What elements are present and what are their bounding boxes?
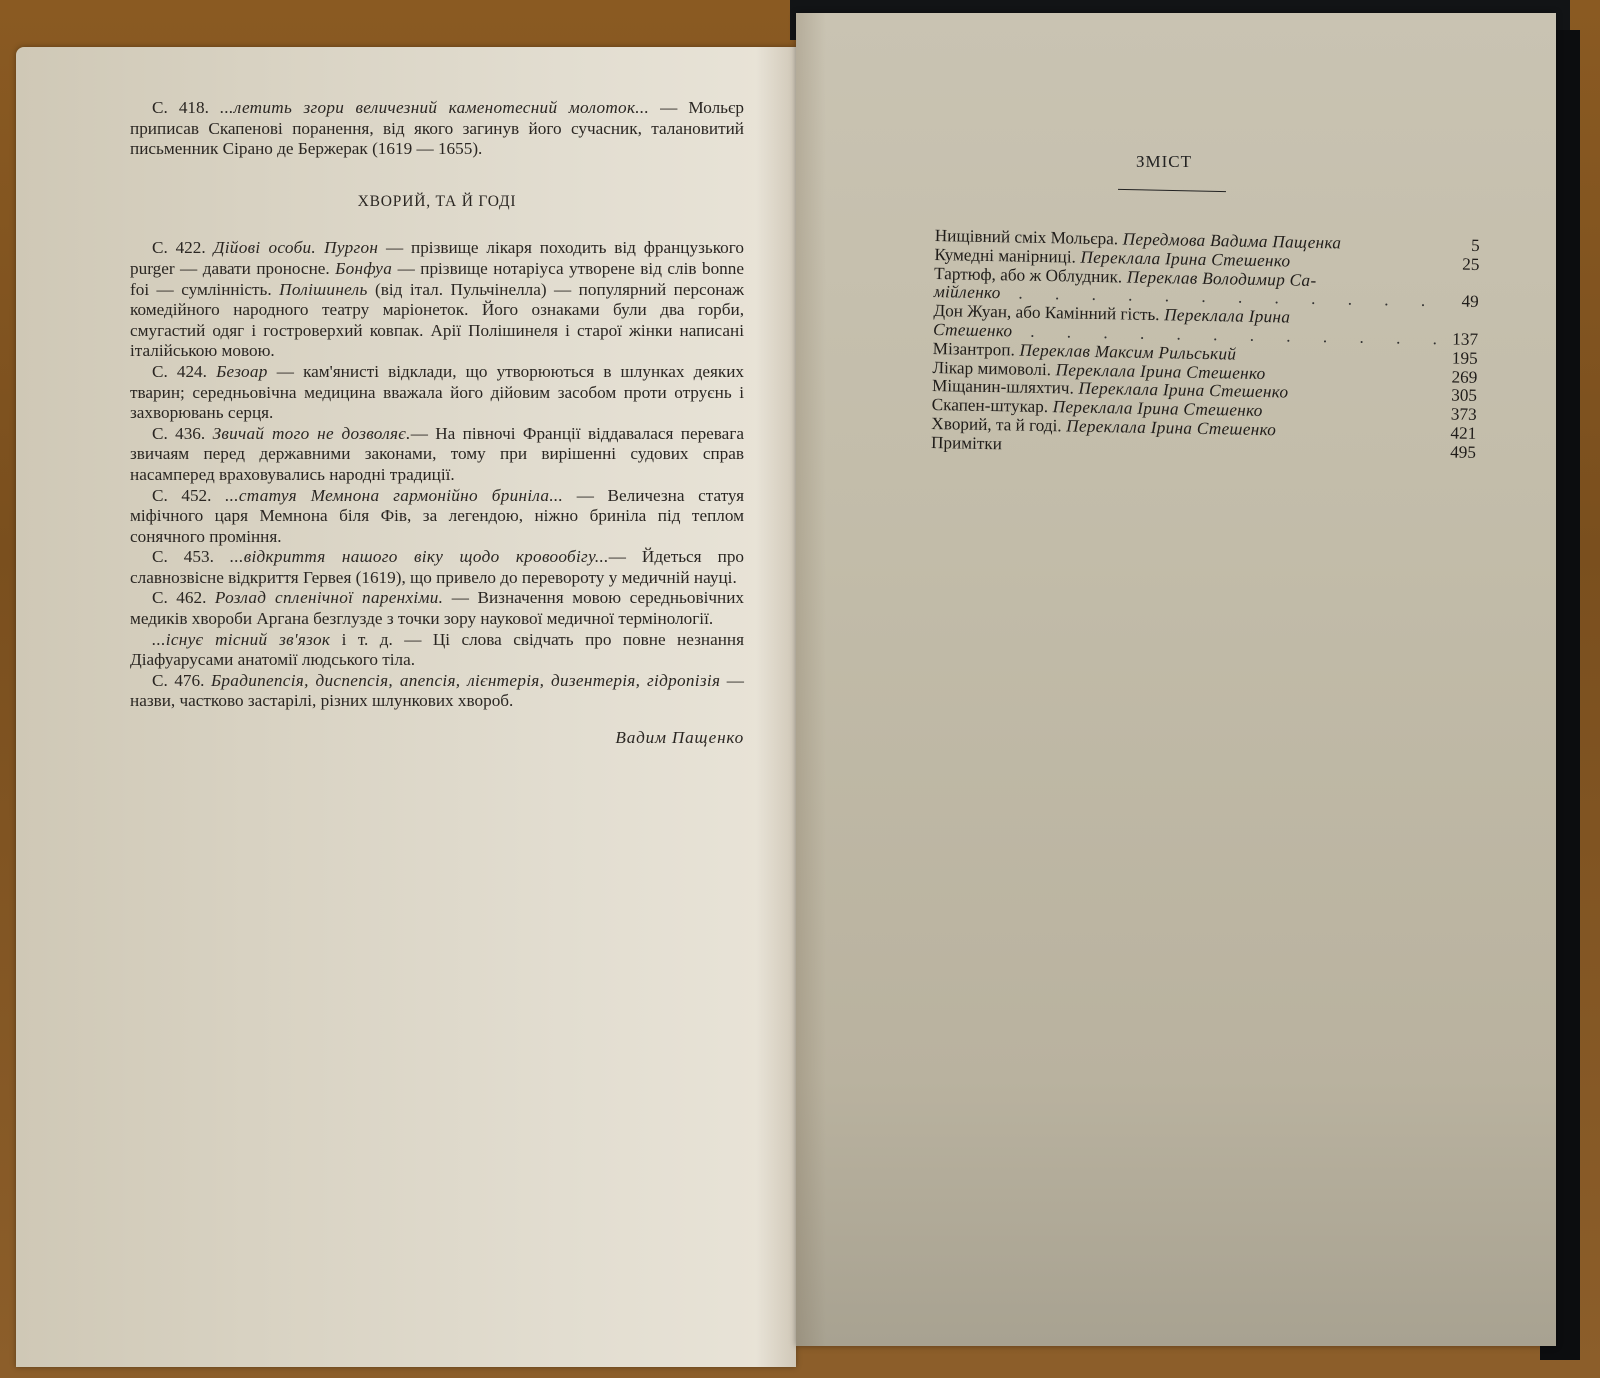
toc-entry-title: Скапен-штукар. (932, 395, 1049, 416)
section-title: ХВОРИЙ, ТА Й ГОДІ (130, 192, 744, 213)
note-ref: С. 422. (152, 238, 213, 257)
toc-page-number: 137 (1452, 330, 1478, 349)
notes-list: С. 422. Дійові особи. Пургон — прізвище … (130, 238, 744, 712)
note-ref: С. 476. (152, 671, 211, 690)
note-term: Брадипепсія, диспепсія, апепсія, лієнтер… (211, 671, 720, 690)
toc-page-number: 421 (1450, 424, 1476, 443)
right-page (796, 13, 1556, 1346)
toc-page-number: 5 (1471, 237, 1480, 256)
note-term: Полішинель (279, 280, 367, 299)
note-item: С. 422. Дійові особи. Пургон — прізвище … (130, 238, 744, 362)
note-item: С. 452. ...статуя Мемнона гармонійно бри… (130, 486, 744, 548)
note-ref: С. 436. (152, 424, 213, 443)
note-term: Безоар (216, 362, 268, 381)
note-item: С. 476. Брадипепсія, диспепсія, апепсія,… (130, 671, 744, 712)
note-ref: С. 453. (152, 547, 230, 566)
note-term: Звичай того не дозволяє. (213, 424, 411, 443)
note-item: С. 462. Розлад спленічної паренхіми. — В… (130, 588, 744, 629)
note-term: ...статуя Мемнона гармонійно бриніла... (225, 486, 563, 505)
note-418: С. 418. ...летить згори величезний камен… (130, 98, 744, 160)
note-item: ...існує тісний зв'язок і т. д. — Ці сло… (130, 630, 744, 671)
toc-entry-title: Примітки (931, 433, 1002, 453)
note-ref: С. 452. (152, 486, 225, 505)
note-term: Бонфуа (335, 259, 392, 278)
toc-page-number: 269 (1451, 368, 1477, 387)
toc-entry-title: Мізантроп. (933, 339, 1015, 360)
toc-title: ЗМІСТ (1136, 152, 1192, 172)
note-item: С. 424. Безоар — кам'янисті відклади, що… (130, 362, 744, 424)
note-term: ...існує тісний зв'язок (152, 630, 330, 649)
toc-entry-title: Лікар мимоволі. (932, 358, 1051, 379)
note-ref: С. 462. (152, 588, 215, 607)
note-item: С. 453. ...відкриття нашого віку щодо кр… (130, 547, 744, 588)
toc-page-number: 495 (1450, 443, 1476, 462)
notes-column: С. 418. ...летить згори величезний камен… (130, 98, 744, 749)
toc-page-number: 305 (1451, 387, 1477, 406)
note-term: Розлад спленічної паренхіми. (215, 588, 443, 607)
table-of-contents: Нищівний сміх Мольєра. Передмова Вадима … (931, 227, 1480, 463)
note-ref: С. 418. (152, 98, 209, 117)
toc-page-number: 373 (1451, 406, 1477, 425)
note-item: С. 436. Звичай того не дозволяє.— На пів… (130, 424, 744, 486)
note-quote: ...летить згори величезний каменотесний … (220, 98, 649, 117)
toc-page-number: 49 (1461, 293, 1479, 312)
note-term: Дійові особи. Пургон (213, 238, 378, 257)
note-term: ...відкриття нашого віку щодо кровообігу… (230, 547, 609, 566)
note-ref: С. 424. (152, 362, 216, 381)
toc-page-number: 25 (1462, 255, 1480, 274)
signature: Вадим Пащенко (130, 728, 744, 749)
toc-page-number: 195 (1452, 349, 1478, 368)
